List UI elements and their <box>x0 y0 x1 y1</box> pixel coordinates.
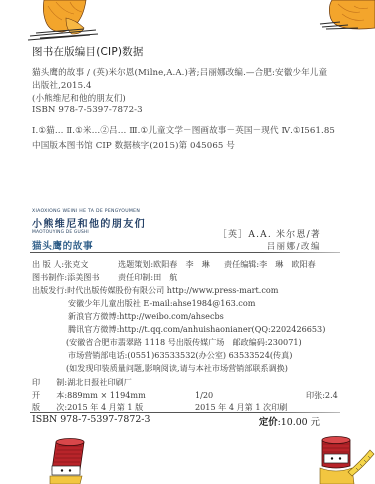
marketing-phone: 市场营销部电话:(0551)63533532(办公室) 63533524(传真) <box>68 350 292 361</box>
printer: 印 制:湖北日报社印刷厂 <box>32 377 132 388</box>
printed-sheets: 印张:2.4 <box>306 390 338 401</box>
pooh-sitting-illustration <box>318 0 375 34</box>
author-credit: ［英］A.A. 米尔恩/著 <box>218 227 321 240</box>
cip-heading: 图书在版编目(CIP)数据 <box>32 44 144 59</box>
isbn: ISBN 978-7-5397-7872-3 <box>32 414 150 425</box>
book-production: 图书制作:添美图书 <box>32 272 99 283</box>
quality-notice: (如发现印装质量问题,影响阅读,请与本社市场营销部联系调换) <box>66 363 288 374</box>
publisher-person: 出 版 人:张克文 <box>32 259 88 270</box>
price: 定价:10.00 元 <box>259 414 320 428</box>
book-pinyin: MAOTOUYING DE GUSHI <box>32 230 89 235</box>
editor-credit: 吕丽娜/改编 <box>267 240 321 252</box>
sina-weibo: 新浪官方微博:http://weibo.com/ahsecbs <box>68 311 224 322</box>
cip-record-line: 猫头鹰的故事 / (英)米尔恩(Milne,A.A.)著;吕丽娜改编.—合肥:安… <box>32 66 327 78</box>
red-hat-character-with-tape-illustration <box>310 432 375 484</box>
series-pinyin: XIAOXIONG WEINI HE TA DE PENGYOUMEN <box>32 209 140 214</box>
book-title: 猫头鹰的故事 <box>32 238 93 252</box>
tencent-weibo: 腾讯官方微博:http://t.qq.com/anhuishaonianer(Q… <box>68 324 325 335</box>
red-hat-character-illustration <box>36 436 96 484</box>
topic-planner: 选题策划:欧阳春 李 琳 <box>118 259 210 270</box>
title-divider <box>30 252 340 253</box>
responsible-editor: 责任编辑:李 琳 欧阳春 <box>224 259 316 270</box>
fold-size: 1/20 <box>195 390 213 400</box>
price-label: 定价 <box>259 417 278 428</box>
print-supervisor: 责任印制:田 航 <box>118 272 177 283</box>
series-title: 小熊维尼和他的朋友们 <box>32 215 146 230</box>
pooh-feet-illustration <box>26 0 106 42</box>
cip-verification-line: 中国版本图书馆 CIP 数据核字(2015)第 045065 号 <box>32 139 235 151</box>
cip-classification-line: Ⅰ.①猫… Ⅱ.①米…②吕… Ⅲ.①儿童文学－图画故事－英国－现代 Ⅳ.①I56… <box>32 124 335 136</box>
cip-isbn-line: ISBN 978-7-5397-7872-3 <box>32 105 143 115</box>
address: (安徽省合肥市翡翠路 1118 号出版传媒广场 邮政编码:230071) <box>66 337 302 348</box>
price-value: :10.00 元 <box>278 417 320 428</box>
cip-publisher-line: 出版社,2015.4 <box>32 79 92 91</box>
distribution: 出版发行:时代出版传媒股份有限公司 http://www.press-mart.… <box>32 285 278 296</box>
cip-series-line: (小熊维尼和他的朋友们) <box>32 92 126 104</box>
book-format: 开 本:889mm × 1194mm <box>32 390 146 401</box>
press-email: 安徽少年儿童出版社 E-mail:ahse1984@163.com <box>68 298 255 309</box>
